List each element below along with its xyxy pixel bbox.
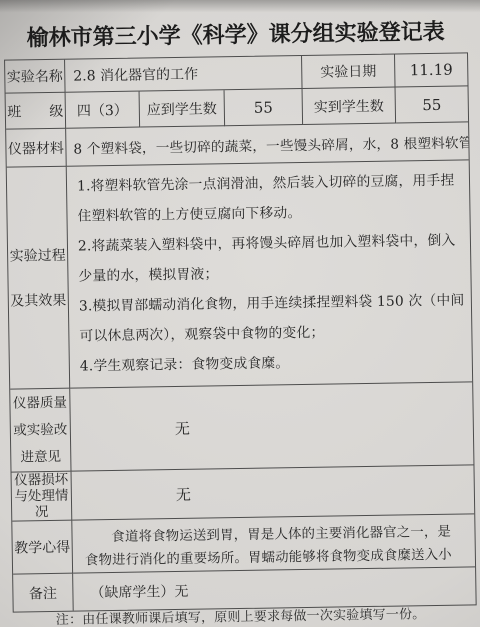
- equipment-damage-label-line3: 况: [35, 504, 49, 520]
- page-title: 榆林市第三小学《科学》课分组实验登记表: [0, 14, 476, 53]
- experiment-name-value: 2.8 消化器官的工作: [65, 56, 302, 93]
- equipment-quality-label-line3: 进意见: [20, 443, 61, 471]
- form-table: 实验名称 2.8 消化器官的工作 实验日期 11.19 班 级 四（3） 应到学…: [4, 52, 477, 612]
- process-step-1: 1.将塑料软管先涂一点润滑油，然后装入切碎的豆腐，用手捏住塑料软管的上方使豆腐向…: [77, 165, 466, 231]
- process-steps: 1.将塑料软管先涂一点润滑油，然后装入切碎的豆腐，用手捏住塑料软管的上方使豆腐向…: [67, 160, 472, 388]
- materials-label: 仪器材料: [6, 129, 67, 168]
- registration-form-sheet: 榆林市第三小学《科学》课分组实验登记表 实验名称 2.8 消化器官的工作 实验日…: [0, 0, 480, 627]
- equipment-damage-label-line1: 仪器损坏: [14, 472, 68, 489]
- expected-students-value: 55: [225, 89, 304, 126]
- equipment-quality-label-line2: 或实验改: [13, 416, 67, 444]
- process-step-4: 4.学生观察记录：食物变成食糜。: [80, 345, 468, 381]
- process-label-line1: 实验过程: [9, 245, 65, 266]
- teaching-reflection-label: 教学心得: [12, 521, 73, 575]
- materials-value: 8 个塑料袋，一些切碎的蔬菜，一些馒头碎屑，水，8 根塑料软管: [66, 122, 469, 166]
- process-step-3: 3.模拟胃部蠕动消化食物，用手连续揉捏塑料袋 150 次（中间可以休息两次），观…: [79, 285, 468, 351]
- process-step-2: 2.将蔬菜装入塑料袋中，再将馒头碎屑也加入塑料袋中，倒入少量的水，模拟胃液；: [78, 225, 467, 291]
- equipment-quality-value: 无: [70, 382, 473, 471]
- expected-students-label: 应到学生数: [140, 90, 226, 127]
- equipment-damage-label-line2: 与处理情: [14, 488, 68, 505]
- remarks-label: 备注: [13, 574, 74, 612]
- process-label: 实验过程 及其效果: [7, 167, 70, 390]
- actual-students-value: 55: [396, 86, 469, 123]
- equipment-damage-label: 仪器损坏 与处理情 况: [12, 472, 73, 522]
- teaching-reflection-value: 食道将食物运送到胃，胃是人体的主要消化器官之一，是食物进行消化的重要场所。胃蠕动…: [72, 514, 475, 573]
- class-value: 四（3）: [66, 92, 141, 129]
- actual-students-label: 实到学生数: [303, 88, 397, 125]
- experiment-date-value: 11.19: [395, 53, 468, 87]
- experiment-date-label: 实验日期: [302, 55, 396, 89]
- equipment-damage-value: 无: [72, 465, 475, 520]
- experiment-name-label: 实验名称: [5, 60, 66, 94]
- equipment-quality-label: 仪器质量 或实验改 进意见: [10, 389, 71, 473]
- equipment-quality-label-line1: 仪器质量: [13, 389, 67, 417]
- class-label: 班 级: [6, 93, 67, 130]
- process-label-line2: 及其效果: [10, 290, 66, 311]
